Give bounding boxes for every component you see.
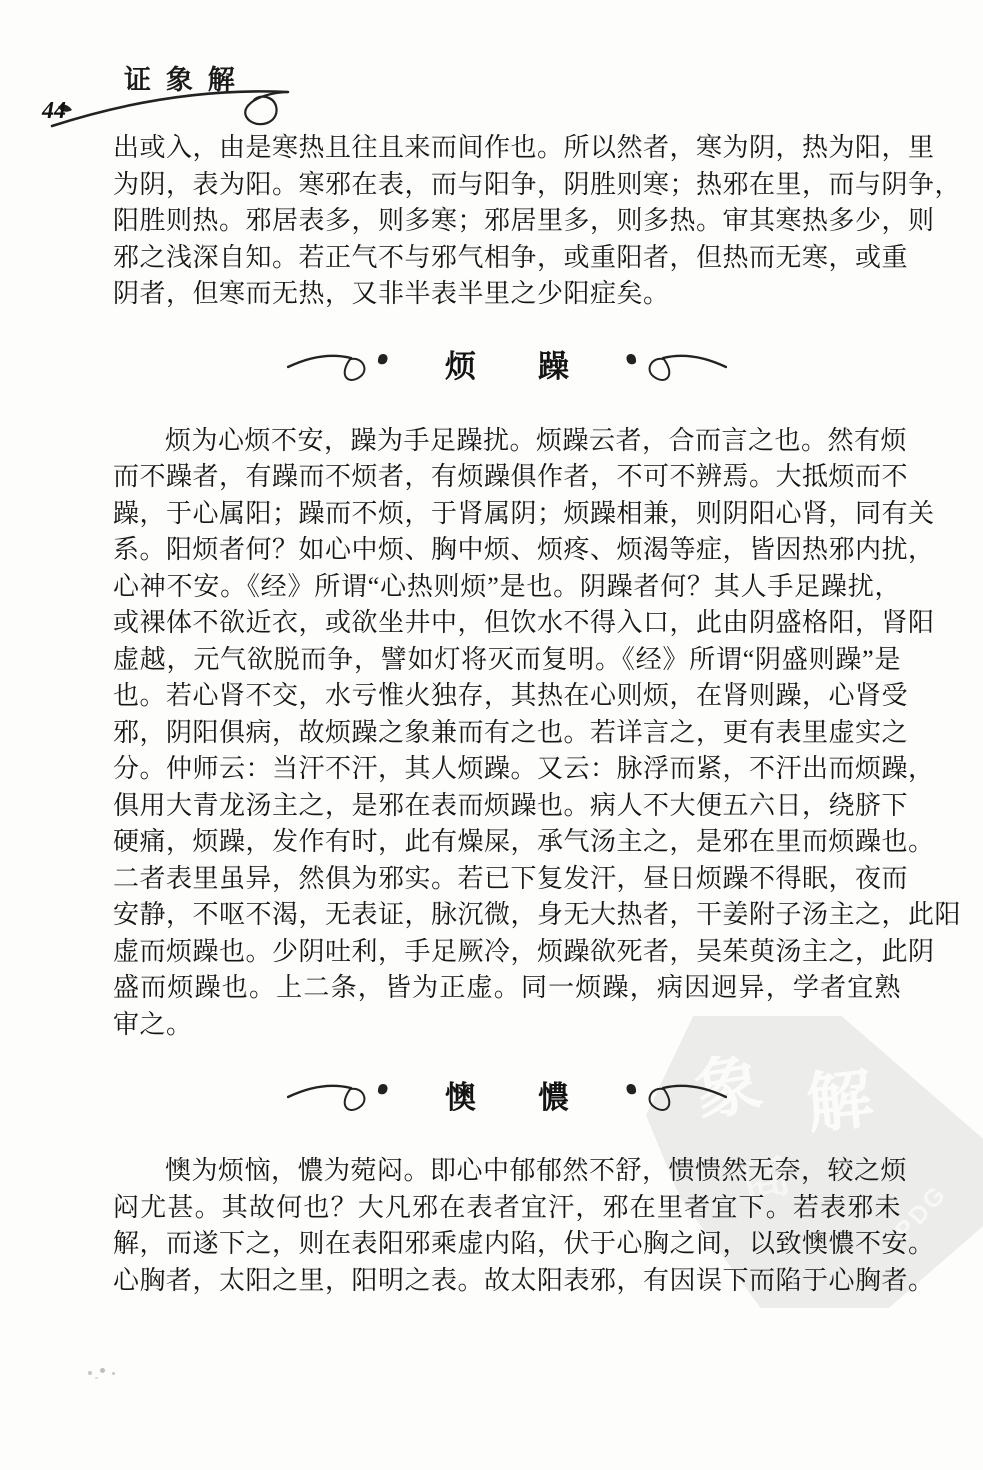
- text-line: 为阴，表为阳。寒邪在表，而与阳争，阴胜则寒；热邪在里，而与阴争，: [113, 167, 901, 204]
- heading-flourish-right-icon: [609, 346, 727, 382]
- section-heading-char: 躁: [538, 341, 569, 386]
- section-heading: 烦躁: [113, 339, 901, 389]
- text-line: 闷尤甚。其故何也？大凡邪在表者宜汗，邪在里者宜下。若表邪未: [113, 1190, 901, 1227]
- text-line: 虚而烦躁也。少阴吐利，手足厥冷，烦躁欲死者，吴茱萸汤主之，此阴: [113, 934, 901, 971]
- text-line: 虚越，元气欲脱而争，譬如灯将灭而复明。《经》所谓“阴盛则躁”是: [113, 642, 901, 679]
- paragraph: 烦为心烦不安，躁为手足躁扰。烦躁云者，合而言之也。然有烦而不躁者，有躁而不烦者，…: [113, 423, 901, 1044]
- text-line: 俱用大青龙汤主之，是邪在表而烦躁也。病人不大便五六日，绕脐下: [113, 788, 901, 825]
- heading-flourish-right-icon: [609, 1076, 727, 1112]
- text-line: 或裸体不欲近衣，或欲坐井中，但饮水不得入口，此由阴盛格阳，肾阳: [113, 605, 901, 642]
- section-heading-char: 烦: [445, 341, 476, 386]
- content: 出或入，由是寒热且往且来而间作也。所以然者，寒为阴，热为阳，里为阴，表为阳。寒邪…: [113, 130, 901, 1299]
- text-line: 而不躁者，有躁而不烦者，有烦躁俱作者，不可不辨焉。大抵烦而不: [113, 459, 901, 496]
- text-line: 邪之浅深自知。若正气不与邪气相争，或重阳者，但热而无寒，或重: [113, 240, 901, 277]
- text-line: 安静，不呕不渴，无表证，脉沉微，身无大热者，干姜附子汤主之，此阳: [113, 897, 901, 934]
- scan-speckle: [86, 1367, 134, 1383]
- paragraph: 懊为烦恼，憹为菀闷。即心中郁郁然不舒，愦愦然无奈，较之烦闷尤甚。其故何也？大凡邪…: [113, 1153, 901, 1299]
- text-line: 解，而遂下之，则在表阳邪乘虚内陷，伏于心胸之间，以致懊憹不安。: [113, 1226, 901, 1263]
- section-heading-char: 憹: [538, 1072, 569, 1117]
- text-line: 也。若心肾不交，水亏惟火独存，其热在心则烦，在肾则躁，心肾受: [113, 678, 901, 715]
- text-line: 分。仲师云：当汗不汗，其人烦躁。又云：脉浮而紧，不汗出而烦躁，: [113, 751, 901, 788]
- text-line: 懊为烦恼，憹为菀闷。即心中郁郁然不舒，愦愦然无奈，较之烦: [113, 1153, 901, 1190]
- section-heading: 懊憹: [113, 1069, 901, 1119]
- text-line: 心胸者，太阳之里，阳明之表。故太阳表邪，有因误下而陷于心胸者。: [113, 1263, 901, 1300]
- text-line: 二者表里虽异，然俱为邪实。若已下复发汗，昼日烦躁不得眠，夜而: [113, 861, 901, 898]
- text-line: 硬痛，烦躁，发作有时，此有燥屎，承气汤主之，是邪在里而烦躁也。: [113, 824, 901, 861]
- section-heading-char: 懊: [445, 1072, 476, 1117]
- text-line: 审之。: [113, 1007, 901, 1044]
- text-line: 阳胜则热。邪居表多，则多寒；邪居里多，则多热。审其寒热多少，则: [113, 203, 901, 240]
- text-line: 烦为心烦不安，躁为手足躁扰。烦躁云者，合而言之也。然有烦: [113, 423, 901, 460]
- text-line: 躁，于心属阳；躁而不烦，于肾属阴；烦躁相兼，则阴阳心肾，同有关: [113, 496, 901, 533]
- text-line: 系。阳烦者何？如心中烦、胸中烦、烦疼、烦渴等症，皆因热邪内扰，: [113, 532, 901, 569]
- text-line: 出或入，由是寒热且往且来而间作也。所以然者，寒为阴，热为阳，里: [113, 130, 901, 167]
- text-line: 心神不安。《经》所谓“心热则烦”是也。阴躁者何？其人手足躁扰，: [113, 569, 901, 606]
- scanned-book-page: 象 解 阁 PDG 证象解 44 出或入，由是寒热且往且来而间作也。所以然者，寒…: [0, 0, 983, 1470]
- paragraph: 出或入，由是寒热且往且来而间作也。所以然者，寒为阴，热为阳，里为阴，表为阳。寒邪…: [113, 130, 901, 313]
- heading-flourish-left-icon: [287, 346, 405, 382]
- text-line: 盛而烦躁也。上二条，皆为正虚。同一烦躁，病因迥异，学者宜熟: [113, 970, 901, 1007]
- text-line: 阴者，但寒而无热，又非半表半里之少阳症矣。: [113, 276, 901, 313]
- text-line: 邪，阴阳俱病，故烦躁之象兼而有之也。若详言之，更有表里虚实之: [113, 715, 901, 752]
- heading-flourish-left-icon: [287, 1076, 405, 1112]
- page-number: 44: [42, 98, 66, 125]
